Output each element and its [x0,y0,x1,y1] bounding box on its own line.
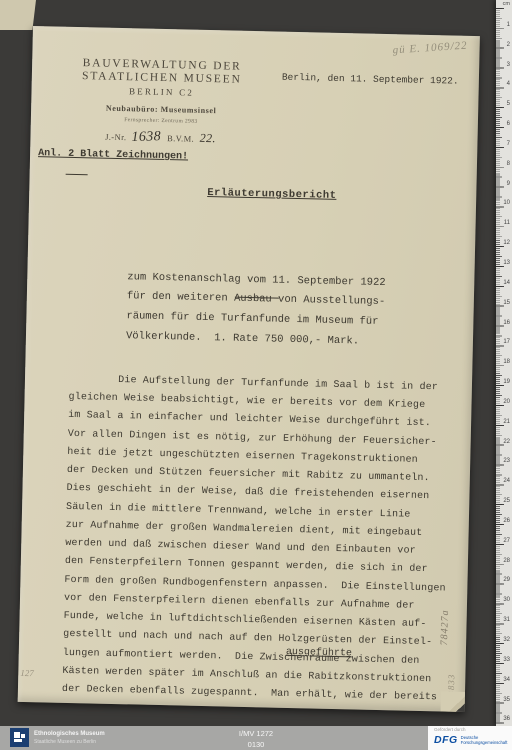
ruler-number: 18 [496,345,512,365]
jnr-handwritten-value: 1638 [132,129,162,146]
ruler-number: 28 [496,544,512,564]
pencil-annotation-top-right: gü E. 1069/22 [392,40,468,57]
ruler-number: 12 [496,226,512,246]
ruler-number: 29 [496,564,512,584]
ruler-number: 22 [496,425,512,445]
ruler-number: 32 [496,623,512,643]
ruler-number: 6 [496,107,512,127]
ruler-number: 5 [496,87,512,107]
document-title: Erläuterungsbericht [207,187,336,202]
museum-branding: Ethnologisches Museum Staatliche Museen … [10,728,105,747]
ruler-number: 14 [496,266,512,286]
ruler-number: 9 [496,167,512,187]
funder-name: Deutsche Forschungsgemeinschaft [461,735,508,746]
ruler-number: 19 [496,365,512,385]
ruler-number: 17 [496,326,512,346]
letterhead: BAUVERWALTUNG DER STAATLICHEN MUSEEN BER… [56,57,266,149]
smb-museum-logo-icon [10,728,29,747]
ruler-number: 15 [496,286,512,306]
ref-label: B.V.M. [167,133,194,144]
digitization-footer-bar: Ethnologisches Museum Staatliche Museen … [0,726,512,750]
funder-panel: Gefördert durch DFG Deutsche Forschungsg… [428,726,512,750]
scanned-document-page: gü E. 1069/22 BAUVERWALTUNG DER STAATLIC… [18,26,480,712]
ruler-number: 2 [496,28,512,48]
ruler-number: 11 [496,206,512,226]
ruler-number: 31 [496,603,512,623]
dfg-logo: DFG [434,734,458,746]
ruler-numbers: 1234567891011121314151617181920212223242… [496,8,512,722]
underlying-sheet-corner [0,0,36,30]
ruler-number: 4 [496,68,512,88]
funder-name-line1: Deutsche [461,735,479,740]
ruler-number: 21 [496,405,512,425]
ruler-number: 36 [496,703,512,723]
journal-number-row: J.-Nr. 1638 B.V.M. 22. [56,128,264,149]
ruler-number: 24 [496,464,512,484]
letterhead-phone: Fernsprecher: Zentrum 2983 [57,116,265,127]
ruler-number: 1 [496,8,512,28]
ruler-number: 13 [496,246,512,266]
attachment-note: Anl. 2 Blatt Zeichnungen! [38,148,188,162]
ruler-number: 26 [496,504,512,524]
measurement-ruler: cm 1234567891011121314151617181920212223… [496,0,512,726]
letterhead-city: BERLIN C2 [57,85,265,100]
funder-name-line2: Forschungsgemeinschaft [461,740,508,745]
pencil-page-number: 127 [20,668,34,678]
ruler-number: 3 [496,48,512,68]
ruler-number: 34 [496,663,512,683]
shelfmark-image-number: 0130 [120,740,392,750]
ruler-number: 16 [496,306,512,326]
ruler-unit-label: cm [503,1,510,7]
scan-viewer: gü E. 1069/22 BAUVERWALTUNG DER STAATLIC… [0,0,512,750]
shelfmark-signature: I/MV 1272 [120,729,392,740]
letterhead-office: Neubaubüro: Museumsinsel [57,103,265,117]
ruler-number: 8 [496,147,512,167]
ref-handwritten-value: 22. [199,131,216,146]
catchword: ausgeführte [286,647,352,659]
ruler-number: 33 [496,643,512,663]
ruler-number: 20 [496,385,512,405]
ruler-number: 30 [496,583,512,603]
date-line: Berlin, den 11. September 1922. [282,72,459,87]
jnr-label: J.-Nr. [105,132,127,142]
ruler-number: 10 [496,187,512,207]
museum-organisation: Staatliche Museen zu Berlin [34,739,105,746]
funder-pretext: Gefördert durch [434,728,508,733]
shelfmark: I/MV 1272 0130 [120,729,392,750]
ruler-number: 35 [496,683,512,703]
museum-name: Ethnologisches Museum [34,730,105,739]
page-corner-fold [441,691,465,712]
ruler-number: 7 [496,127,512,147]
body-text: Die Aufstellung der Turfanfunde im Saal … [62,316,452,708]
ruler-number: 25 [496,484,512,504]
ruler-number: 23 [496,445,512,465]
pencil-margin-note-2: 3833 [446,632,457,696]
ruler-number: 27 [496,524,512,544]
attachment-note-dash [66,174,88,175]
